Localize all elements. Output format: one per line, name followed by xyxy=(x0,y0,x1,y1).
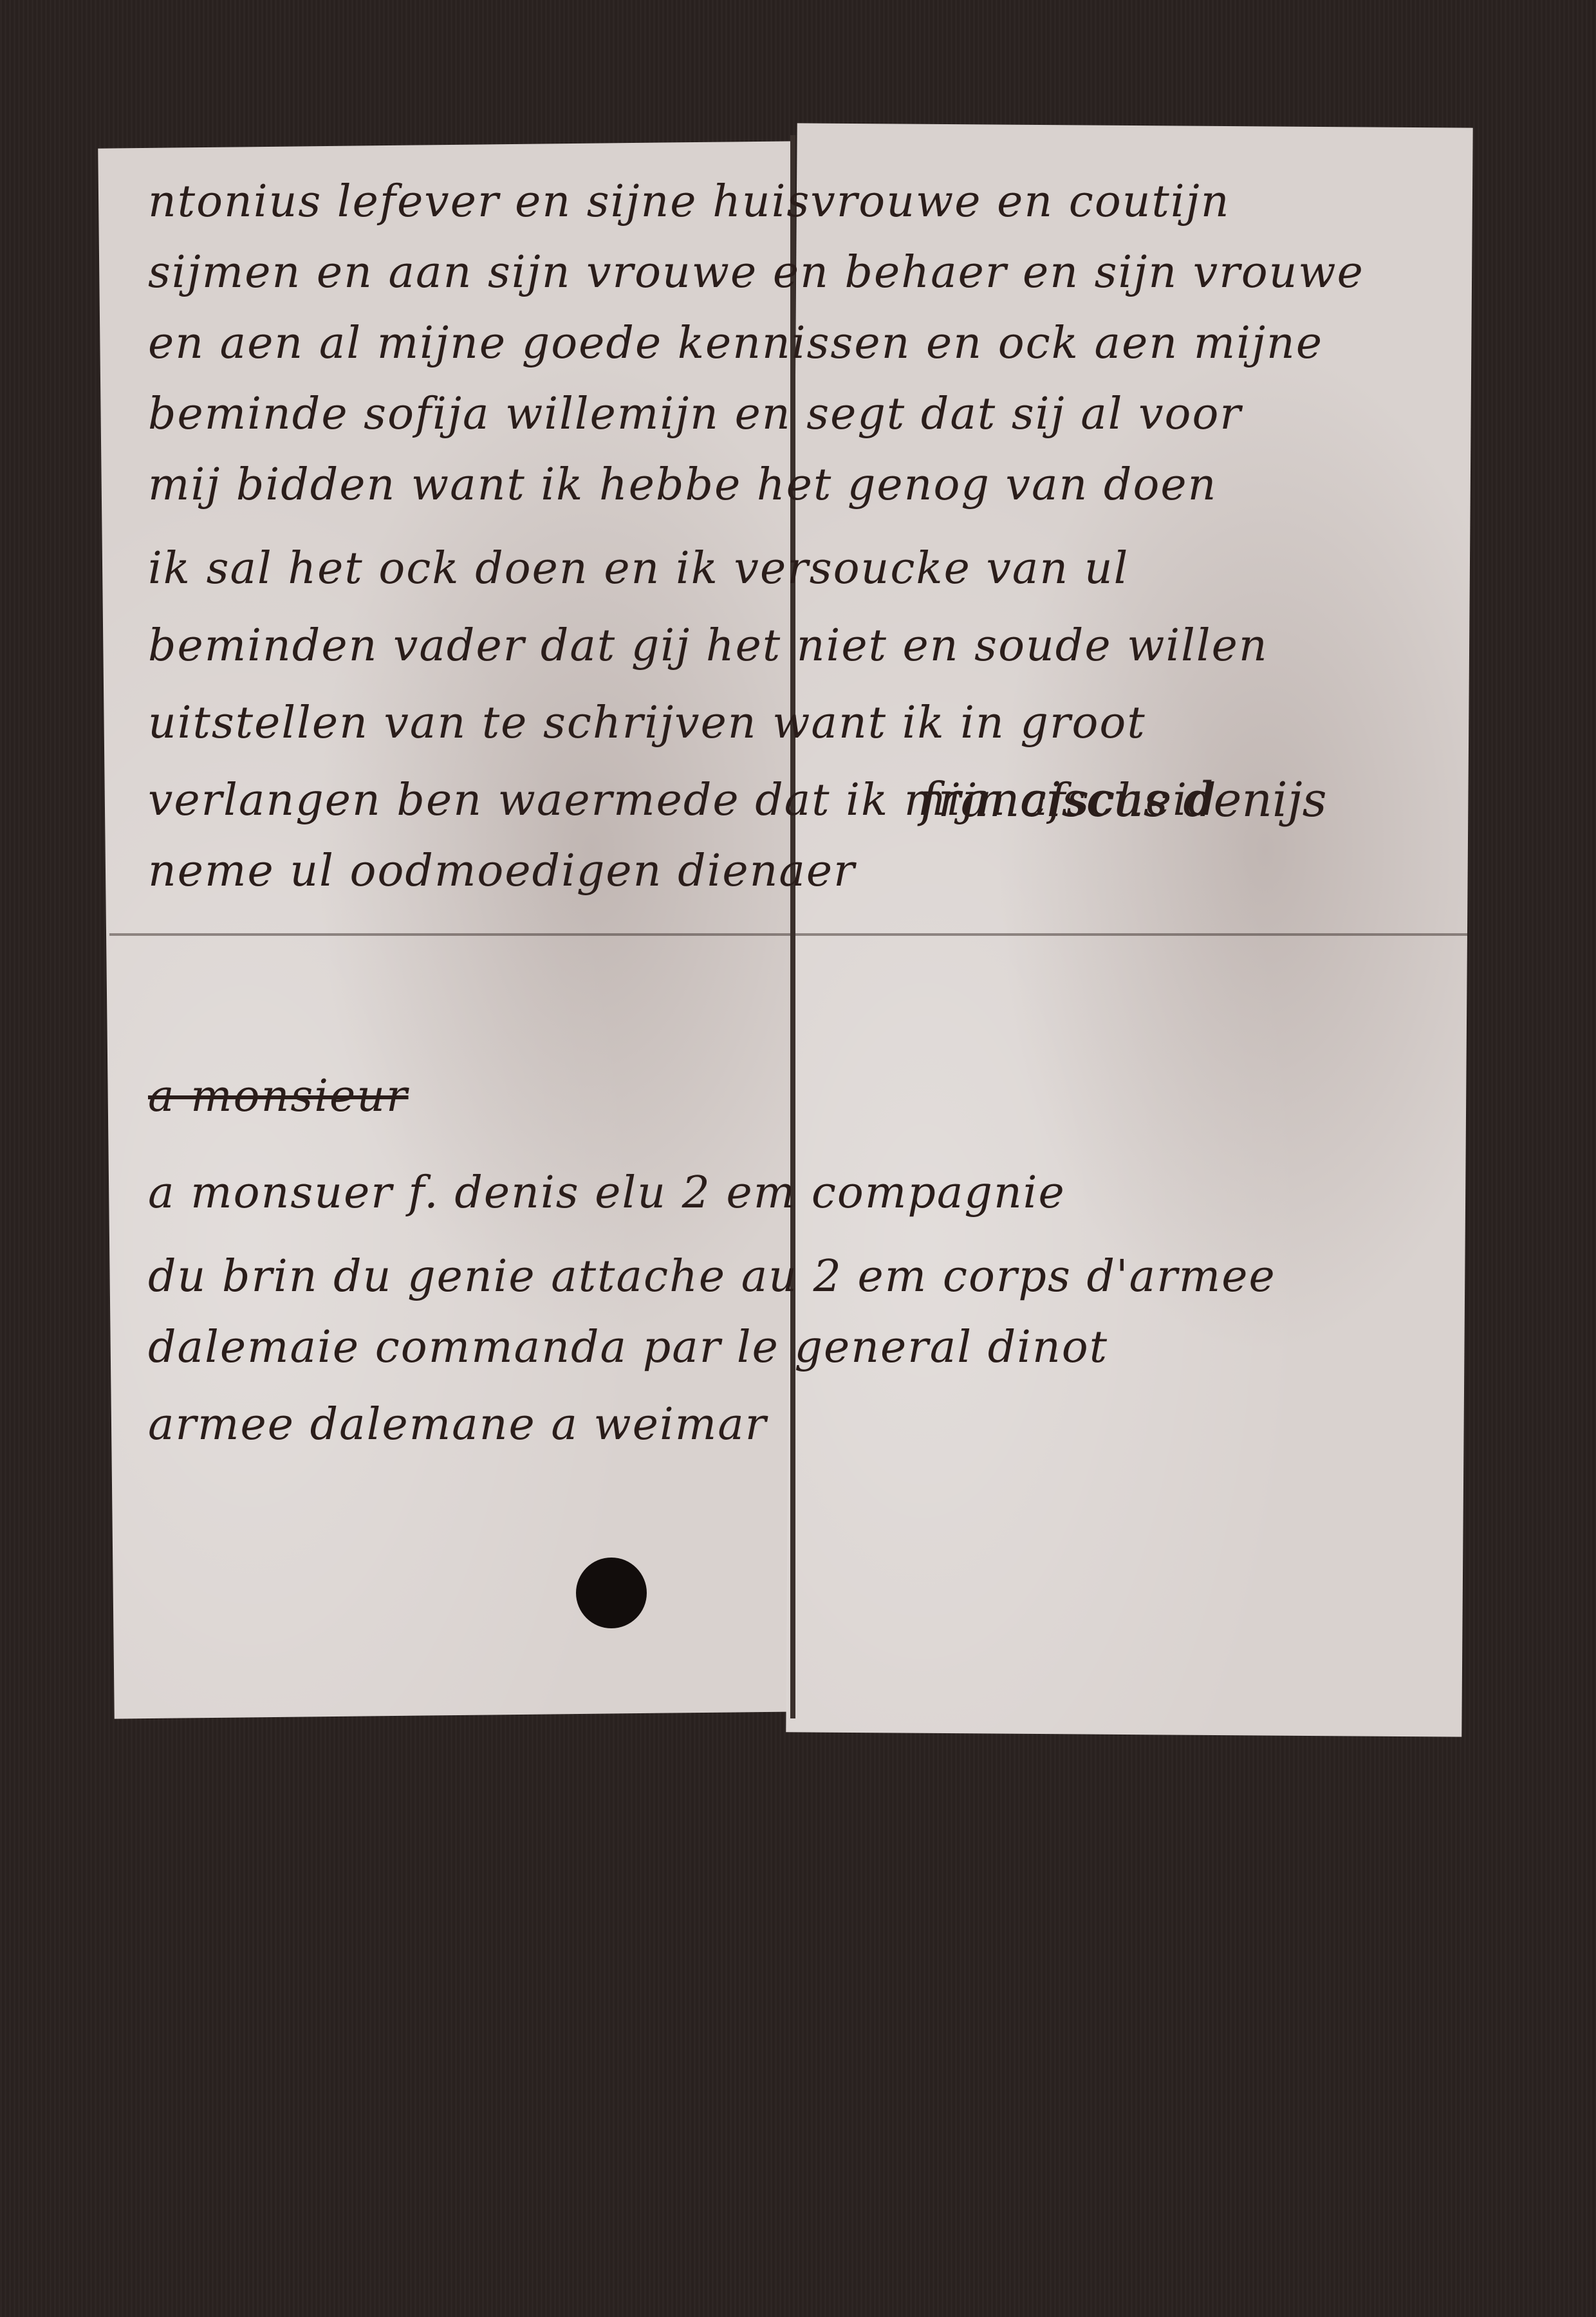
body-line: en aen al mijne goede kennissen en ock a… xyxy=(148,322,1323,366)
body-line: ik sal het ock doen en ik versoucke van … xyxy=(148,547,1129,591)
body-line: mij bidden want ik hebbe het genog van d… xyxy=(148,463,1217,507)
body-line: beminde sofija willemijn en segt dat sij… xyxy=(148,393,1242,436)
address-line: a monsuer f. denis elu 2 em compagnie xyxy=(148,1171,1066,1215)
body-line: uitstellen van te schrijven want ik in g… xyxy=(148,702,1146,745)
body-line: ntonius lefever en sijne huisvrouwe en c… xyxy=(148,180,1230,224)
horizontal-fold xyxy=(109,933,1467,936)
address-block: a monsieur a monsuer f. denis elu 2 em c… xyxy=(148,1068,1467,1519)
letter-body: ntonius lefever en sijne huisvrouwe en c… xyxy=(148,161,1467,805)
address-line: armee dalemane a weimar xyxy=(148,1403,767,1447)
body-line: neme ul oodmoedigen dienaer xyxy=(148,850,856,893)
address-line: dalemaie commanda par le general dinot xyxy=(148,1326,1108,1370)
address-line: du brin du genie attache au 2 em corps d… xyxy=(148,1255,1276,1299)
signature: franciscus denijs xyxy=(920,772,1327,828)
body-line: sijmen en aan sijn vrouwe en behaer en s… xyxy=(148,251,1364,295)
burn-hole xyxy=(576,1558,647,1628)
struck-address-line: a monsieur xyxy=(148,1075,409,1119)
body-line: beminden vader dat gij het niet en soude… xyxy=(148,624,1268,668)
